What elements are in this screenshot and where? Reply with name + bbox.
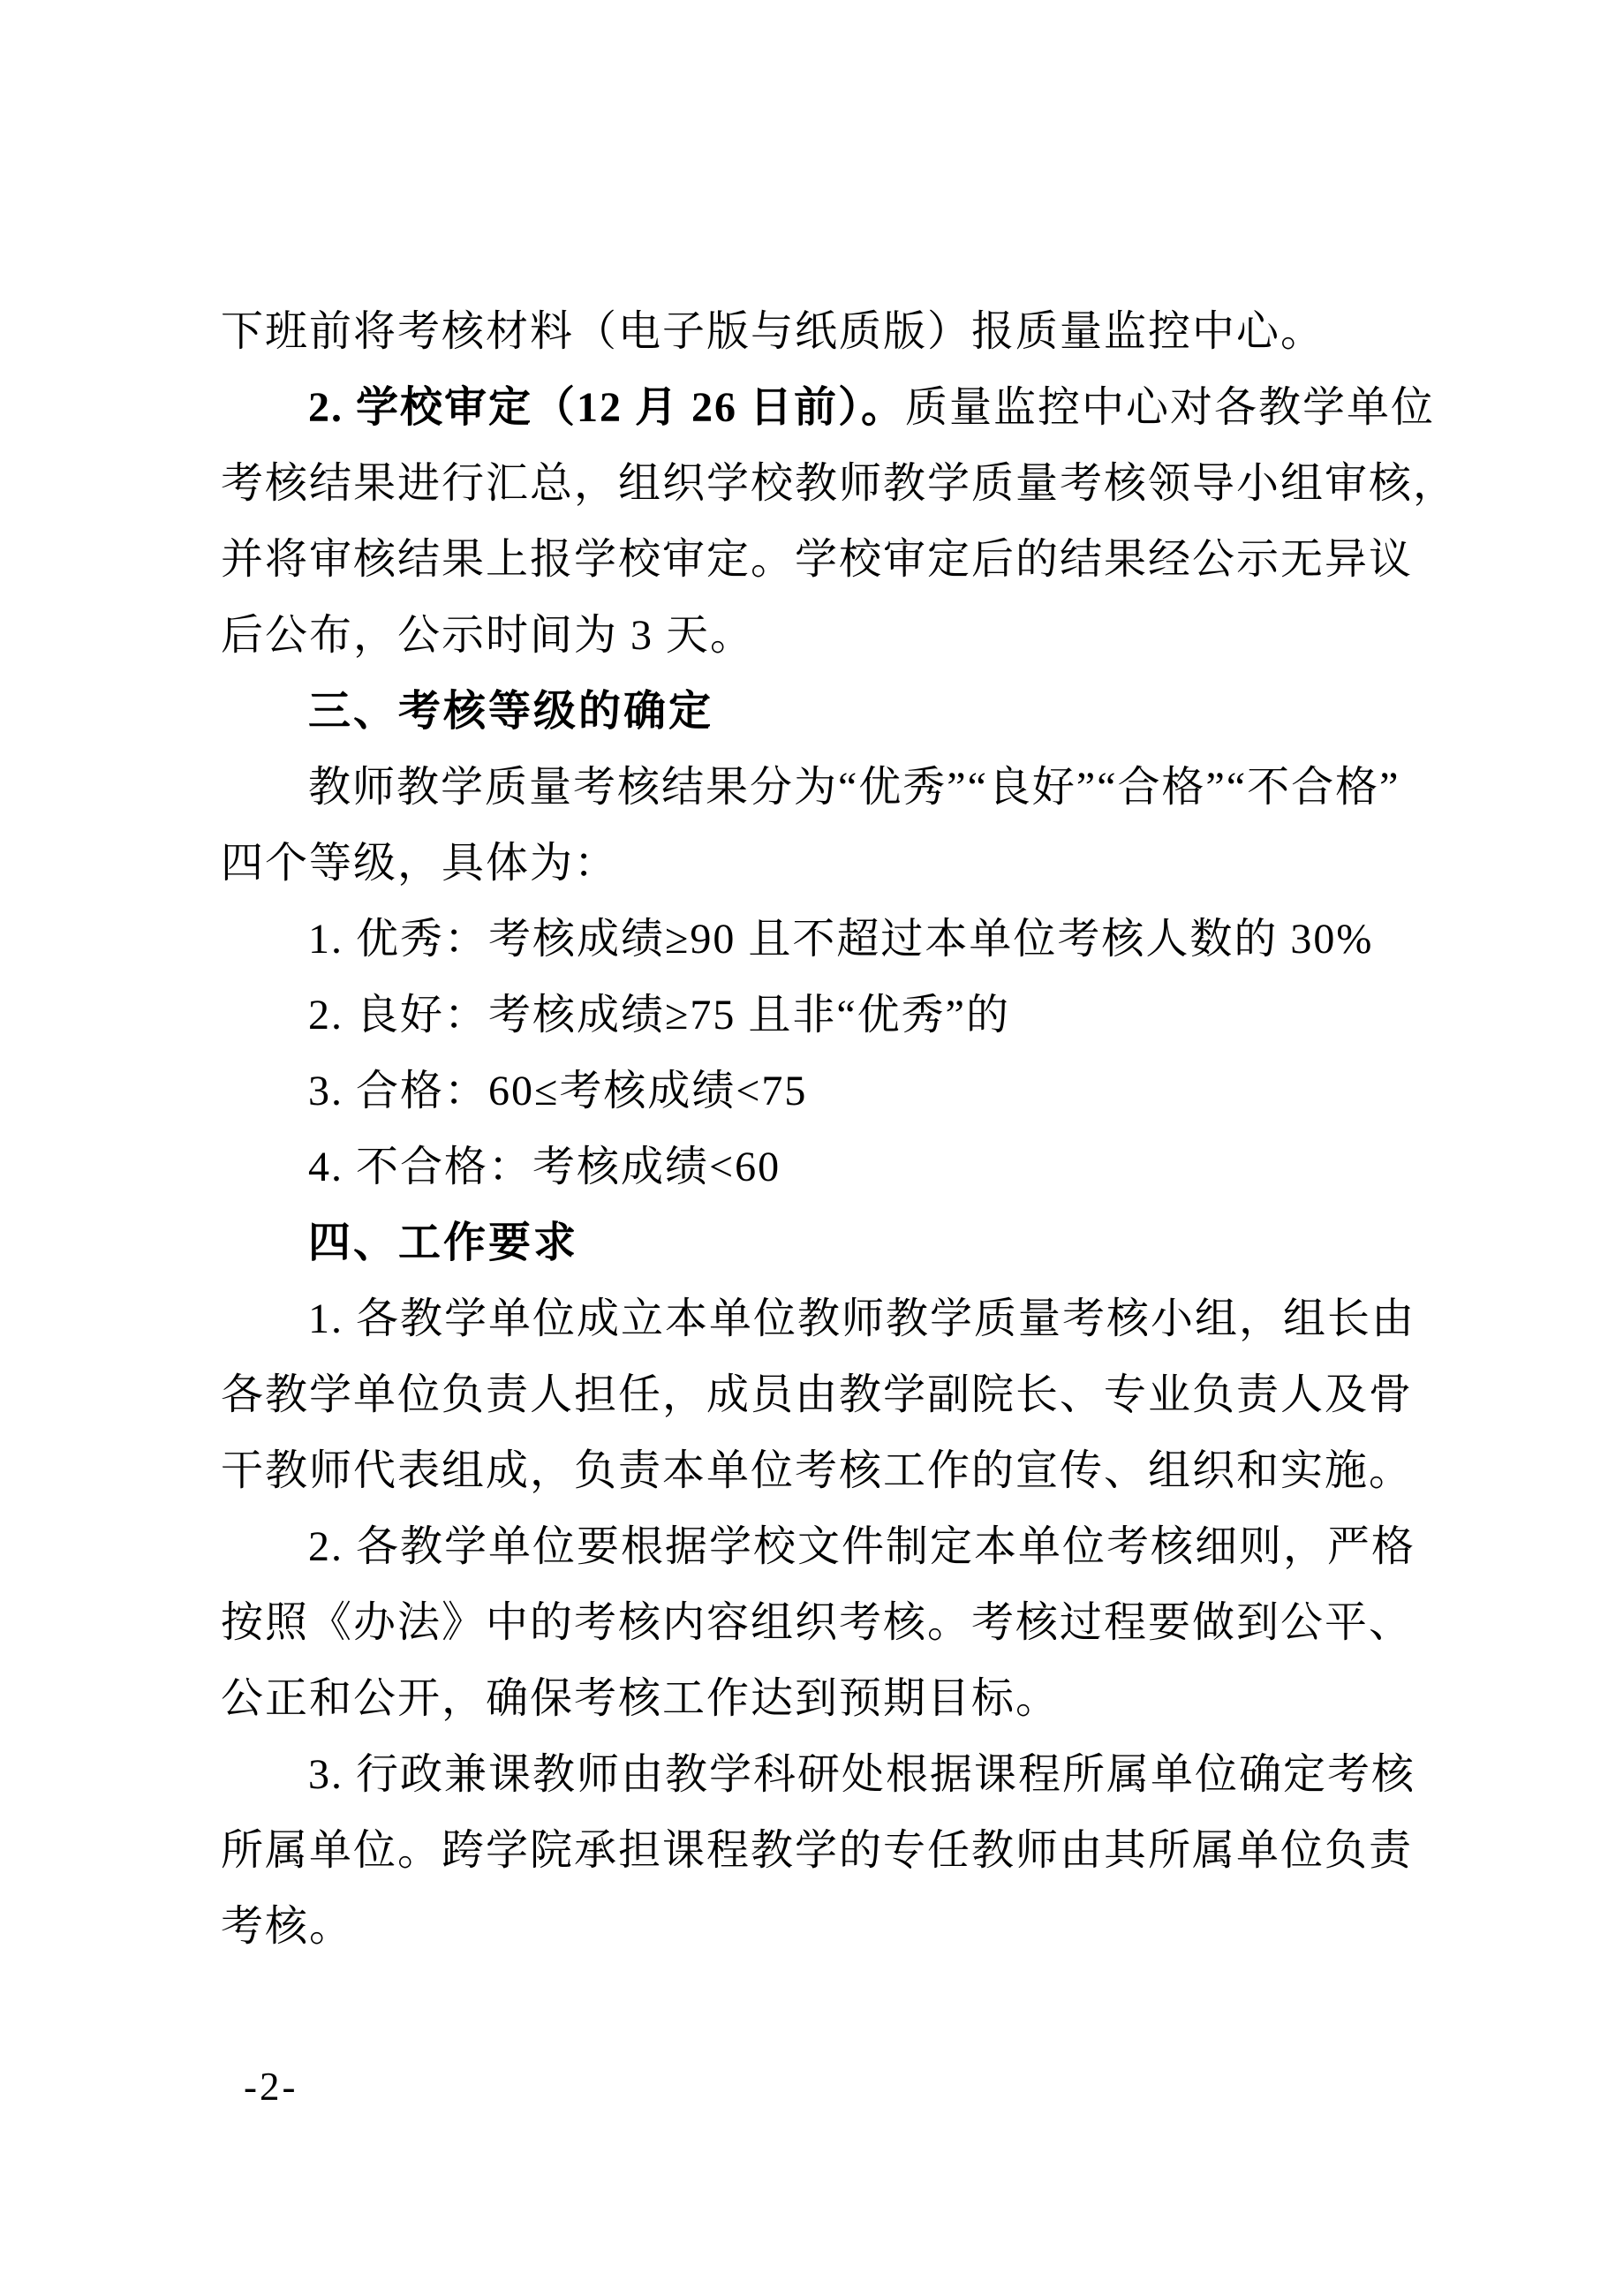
- grade-item-pass: 3. 合格：60≤考核成绩<75: [221, 1054, 1457, 1129]
- doc-line-07: 教师教学质量考核结果分为“优秀”“良好”“合格”“不合格”: [221, 750, 1457, 826]
- document-page: 下班前将考核材料（电子版与纸质版）报质量监控中心。 2. 学校审定（12 月 2…: [0, 0, 1623, 2296]
- doc-line-14: 1. 各教学单位成立本单位教师教学质量考核小组，组长由: [221, 1281, 1457, 1357]
- doc-line-05: 后公布，公示时间为 3 天。: [221, 598, 1457, 674]
- document-body: 下班前将考核材料（电子版与纸质版）报质量监控中心。 2. 学校审定（12 月 2…: [221, 294, 1457, 1965]
- section-heading-four: 四、工作要求: [221, 1205, 1457, 1281]
- grade-item-fail: 4. 不合格：考核成绩<60: [221, 1129, 1457, 1205]
- doc-line-17: 2. 各教学单位要根据学校文件制定本单位考核细则，严格: [221, 1509, 1457, 1585]
- doc-line-15: 各教学单位负责人担任，成员由教学副院长、专业负责人及骨: [221, 1357, 1457, 1433]
- grade-item-excellent: 1. 优秀：考核成绩≥90 且不超过本单位考核人数的 30%: [221, 902, 1457, 978]
- section-heading-three: 三、考核等级的确定: [221, 674, 1457, 750]
- page-number: -2-: [244, 2063, 298, 2111]
- doc-line-02-school-review: 2. 学校审定（12 月 26 日前）。质量监控中心对各教学单位: [221, 370, 1457, 446]
- doc-line-18: 按照《办法》中的考核内容组织考核。考核过程要做到公平、: [221, 1585, 1457, 1661]
- doc-line-22: 考核。: [221, 1889, 1457, 1965]
- bold-run: 2. 学校审定（12 月 26 日前）。: [308, 384, 905, 431]
- doc-line-21: 所属单位。跨学院承担课程教学的专任教师由其所属单位负责: [221, 1813, 1457, 1889]
- doc-line-08: 四个等级，具体为：: [221, 826, 1457, 902]
- doc-line-16: 干教师代表组成，负责本单位考核工作的宣传、组织和实施。: [221, 1433, 1457, 1509]
- doc-line-03: 考核结果进行汇总，组织学校教师教学质量考核领导小组审核，: [221, 446, 1457, 522]
- doc-line-01: 下班前将考核材料（电子版与纸质版）报质量监控中心。: [221, 294, 1457, 370]
- text-run: 质量监控中心对各教学单位: [905, 384, 1435, 431]
- doc-line-19: 公正和公开，确保考核工作达到预期目标。: [221, 1661, 1457, 1737]
- doc-line-04: 并将审核结果上报学校审定。学校审定后的结果经公示无异议: [221, 522, 1457, 598]
- doc-line-20: 3. 行政兼课教师由教学科研处根据课程所属单位确定考核: [221, 1737, 1457, 1813]
- grade-item-good: 2. 良好：考核成绩≥75 且非“优秀”的: [221, 978, 1457, 1054]
